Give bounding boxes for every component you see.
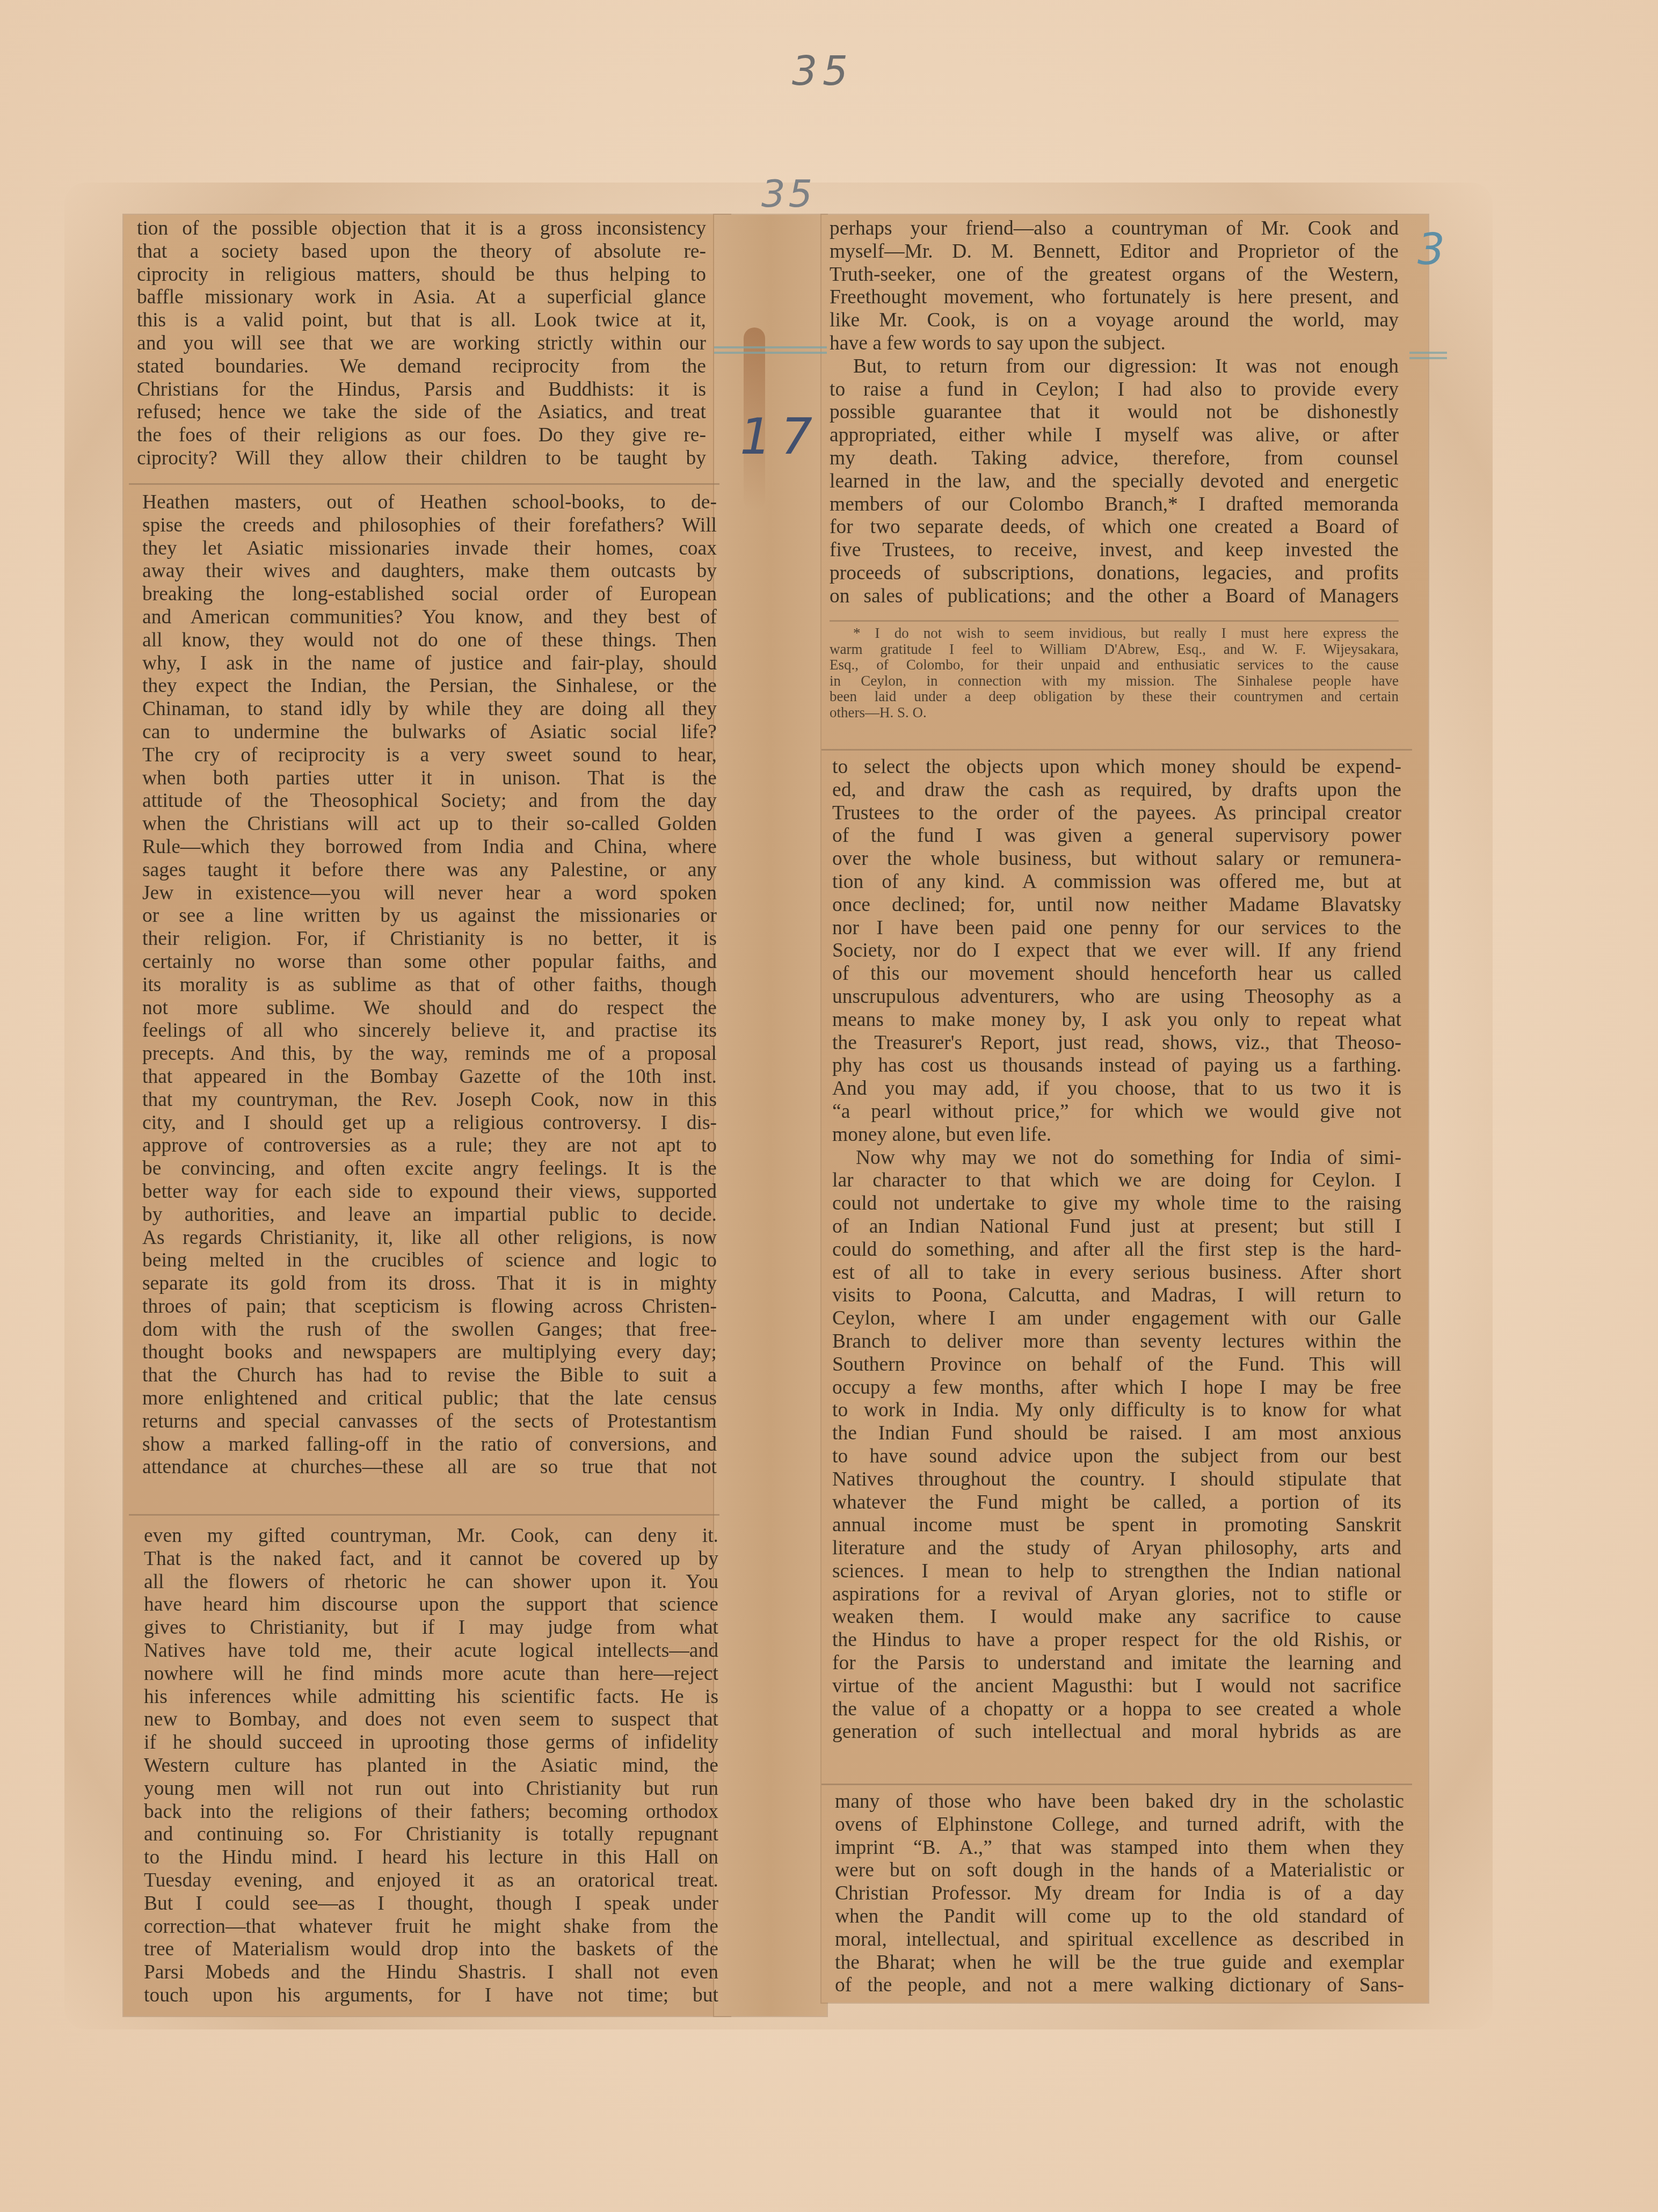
- text-line: * I do not wish to seem invidious, but r…: [830, 625, 1399, 642]
- text-line: unscrupulous adventurers, who are using …: [832, 986, 1401, 1009]
- text-line: of this our movement should henceforth h…: [832, 963, 1401, 986]
- text-line: weaken them. I would make any sacrifice …: [832, 1606, 1401, 1629]
- text-line: all the flowers of rhetoric he can showe…: [144, 1571, 718, 1594]
- clipping-gutter: [714, 215, 827, 2016]
- text-line: young men will not run out into Christia…: [144, 1778, 718, 1801]
- text-line: its morality is as sublime as that of ot…: [142, 974, 717, 997]
- text-line: “a pearl without price,” for which we wo…: [832, 1101, 1401, 1124]
- text-line: attitude of the Theosophical Society; an…: [142, 790, 717, 813]
- text-line: Tuesday evening, and enjoyed it as an or…: [144, 1869, 718, 1893]
- text-line: But, to return from our digression: It w…: [830, 355, 1399, 379]
- text-line: have a few words to say upon the subject…: [830, 332, 1399, 355]
- text-line: of the fund I was given a general superv…: [832, 825, 1401, 848]
- handwritten-gutter-number: 17: [740, 408, 822, 465]
- text-line: all know, they would not do one of these…: [142, 629, 717, 652]
- text-line: when the Christians will act up to their…: [142, 813, 717, 836]
- text-line: this is a valid point, but that is all. …: [137, 309, 706, 332]
- text-line: the Treasurer's Report, just read, shows…: [832, 1032, 1401, 1055]
- text-line: Parsi Mobeds and the Hindu Shastris. I s…: [144, 1961, 718, 1984]
- text-line: warm gratitude I feel to William D'Abrew…: [830, 642, 1399, 658]
- text-line: phy has cost us thousands instead of pay…: [832, 1054, 1401, 1078]
- text-line: Esq., of Colombo, for their unpaid and e…: [830, 657, 1399, 673]
- text-line: his inferences while admitting his scien…: [144, 1686, 718, 1709]
- text-line: on sales of publications; and the other …: [830, 585, 1399, 608]
- text-line: money alone, but even life.: [832, 1124, 1401, 1147]
- text-line: That is the naked fact, and it cannot be…: [144, 1548, 718, 1571]
- text-line: Chinaman, to stand idly by while they ar…: [142, 698, 717, 721]
- text-line: spise the creeds and philosophies of the…: [142, 514, 717, 537]
- handwritten-margin-mark: 3: [1417, 224, 1445, 274]
- text-line: Christians for the Hindus, Parsis and Bu…: [137, 379, 706, 402]
- text-line: Truth-seeker, one of the greatest organs…: [830, 264, 1399, 287]
- text-line: appropriated, either while I myself was …: [830, 424, 1399, 447]
- text-line: refused; hence we take the side of the A…: [137, 401, 706, 424]
- text-line: the Hindus to have a proper respect for …: [832, 1629, 1401, 1652]
- text-line: separate its gold from its dross. That i…: [142, 1272, 717, 1296]
- text-line: Society, nor do I expect that we ever wi…: [832, 940, 1401, 963]
- text-line: could do something, and after all the fi…: [832, 1239, 1401, 1262]
- footnote-rule: [830, 620, 1399, 622]
- blue-ruled-line: [1409, 357, 1447, 359]
- text-line: correction—that whatever fruit he might …: [144, 1916, 718, 1939]
- text-line: means to make money by, I ask you only t…: [832, 1009, 1401, 1032]
- text-line: gives to Christianity, but if I may judg…: [144, 1617, 718, 1640]
- text-line: Now why may we not do something for Indi…: [832, 1147, 1401, 1170]
- text-line: they expect the Indian, the Persian, the…: [142, 675, 717, 698]
- text-line: by authorities, and leave an impartial p…: [142, 1204, 717, 1227]
- text-line: ed, and draw the cash as required, by dr…: [832, 779, 1401, 802]
- text-line: can to undermine the bulwarks of Asiatic…: [142, 721, 717, 744]
- text-line: baffle missionary work in Asia. At a sup…: [137, 286, 706, 309]
- left-column-segment-3: even my gifted countryman, Mr. Cook, can…: [144, 1525, 718, 2007]
- text-line: of the people, and not a mere walking di…: [835, 1974, 1404, 1997]
- text-line: they let Asiatic missionaries invade the…: [142, 537, 717, 561]
- text-line: annual income must be spent in promoting…: [832, 1514, 1401, 1537]
- text-line: Trustees to the order of the payees. As …: [832, 802, 1401, 825]
- text-line: have heard him discourse upon the suppor…: [144, 1593, 718, 1617]
- text-line: better way for each side to expound thei…: [142, 1181, 717, 1204]
- text-line: city, and I should get up a religious co…: [142, 1112, 717, 1135]
- text-line: Natives throughout the country. I should…: [832, 1468, 1401, 1491]
- left-column-segment-1: tion of the possible objection that it i…: [137, 217, 706, 470]
- text-line: certainly no worse than some other popul…: [142, 951, 717, 974]
- right-column-segment-1: perhaps your friend—also a countryman of…: [830, 217, 1399, 608]
- text-line: myself—Mr. D. M. Bennett, Editor and Pro…: [830, 241, 1399, 264]
- text-line: learned in the law, and the specially de…: [830, 470, 1399, 493]
- text-line: if he should succeed in uprooting those …: [144, 1731, 718, 1755]
- text-line: dom with the rush of the swollen Ganges;…: [142, 1319, 717, 1342]
- text-line: five Trustees, to receive, invest, and k…: [830, 539, 1399, 562]
- text-line: many of those who have been baked dry in…: [835, 1791, 1404, 1814]
- text-line: when the Pandit will come up to the old …: [835, 1905, 1404, 1929]
- text-line: that appeared in the Bombay Gazette of t…: [142, 1066, 717, 1089]
- text-line: aspirations for a revival of Aryan glori…: [832, 1583, 1401, 1606]
- text-line: more enlightened and critical public; th…: [142, 1387, 717, 1410]
- text-line: returns and special canvasses of the sec…: [142, 1410, 717, 1434]
- text-line: that the Church has had to revise the Bi…: [142, 1364, 717, 1387]
- text-line: feelings of all who sincerely believe it…: [142, 1020, 717, 1043]
- text-line: Ceylon, where I am under engagement with…: [832, 1307, 1401, 1330]
- text-line: lar character to that which we are doing…: [832, 1169, 1401, 1192]
- text-line: to have sound advice upon the subject fr…: [832, 1445, 1401, 1468]
- text-line: throes of pain; that scepticism is flowi…: [142, 1296, 717, 1319]
- text-line: sages taught it before there was any Pal…: [142, 859, 717, 882]
- text-line: the Bharat; when he will be the true gui…: [835, 1952, 1404, 1975]
- segment-divider: [821, 1784, 1412, 1785]
- text-line: Natives have told me, their acute logica…: [144, 1640, 718, 1663]
- text-line: perhaps your friend—also a countryman of…: [830, 217, 1399, 241]
- text-line: show a marked falling-off in the ratio o…: [142, 1434, 717, 1457]
- text-line: Heathen masters, out of Heathen school-b…: [142, 491, 717, 514]
- text-line: Christian Professor. My dream for India …: [835, 1882, 1404, 1905]
- handwritten-page-number-secondary: 35: [761, 172, 816, 216]
- text-line: thought books and newspapers are multipl…: [142, 1341, 717, 1364]
- text-line: be convincing, and often excite angry fe…: [142, 1158, 717, 1181]
- text-line: been laid under a deep obligation by the…: [830, 689, 1399, 705]
- text-line: stated boundaries. We demand reciprocity…: [137, 355, 706, 379]
- text-line: breaking the long-established social ord…: [142, 583, 717, 606]
- text-line: ciprocity? Will they allow their childre…: [137, 447, 706, 470]
- text-line: could not undertake to give my whole tim…: [832, 1192, 1401, 1216]
- text-line: like Mr. Cook, is on a voyage around the…: [830, 309, 1399, 332]
- text-line: As regards Christianity, it, like all ot…: [142, 1227, 717, 1250]
- text-line: tion of any kind. A commission was offer…: [832, 871, 1401, 894]
- text-line: Branch to deliver more than seventy lect…: [832, 1330, 1401, 1354]
- text-line: to raise a fund in Ceylon; I had also to…: [830, 379, 1399, 402]
- text-line: ovens of Elphinstone College, and turned…: [835, 1814, 1404, 1837]
- right-column-segment-3: many of those who have been baked dry in…: [835, 1791, 1404, 1997]
- text-line: when both parties utter it in unison. Th…: [142, 767, 717, 790]
- text-line: away their wives and daughters, make the…: [142, 560, 717, 583]
- text-line: touch upon his arguments, for I have not…: [144, 1984, 718, 2007]
- text-line: that my countryman, the Rev. Joseph Cook…: [142, 1089, 717, 1112]
- text-line: new to Bombay, and does not even seem to…: [144, 1708, 718, 1731]
- text-line: being melted in the crucibles of science…: [142, 1249, 717, 1272]
- text-line: members of our Colombo Branch,* I drafte…: [830, 493, 1399, 516]
- text-line: Western culture has planted in the Asiat…: [144, 1755, 718, 1778]
- text-line: whatever the Fund might be called, a por…: [832, 1491, 1401, 1515]
- text-line: But I could see—as I thought, though I s…: [144, 1893, 718, 1916]
- text-line: once declined; for, until now neither Ma…: [832, 894, 1401, 917]
- handwritten-page-number: 35: [792, 48, 853, 94]
- text-line: for the Parsis to understand and imitate…: [832, 1652, 1401, 1675]
- text-line: Southern Province on behalf of the Fund.…: [832, 1354, 1401, 1377]
- text-line: Rule—which they borrowed from India and …: [142, 836, 717, 859]
- text-line: sciences. I mean to help to strengthen t…: [832, 1560, 1401, 1583]
- text-line: the value of a chopatty or a hoppa to se…: [832, 1698, 1401, 1721]
- text-line: Freethought movement, who fortunately is…: [830, 286, 1399, 309]
- text-line: and continuing so. For Christianity is t…: [144, 1823, 718, 1846]
- text-line: back into the religions of their fathers…: [144, 1801, 718, 1824]
- text-line: to the Hindu mind. I heard his lecture i…: [144, 1846, 718, 1869]
- text-line: and you will see that we are working str…: [137, 332, 706, 355]
- text-line: over the whole business, but without sal…: [832, 848, 1401, 871]
- text-line: the foes of their religions as our foes.…: [137, 424, 706, 447]
- text-line: to work in India. My only difficulty is …: [832, 1399, 1401, 1422]
- text-line: visits to Poona, Calcutta, and Madras, I…: [832, 1284, 1401, 1307]
- text-line: est of all to take in every serious busi…: [832, 1262, 1401, 1285]
- blue-ruled-line: [1409, 352, 1447, 354]
- text-line: proceeds of subscriptions, donations, le…: [830, 562, 1399, 585]
- text-line: And you may add, if you choose, that to …: [832, 1078, 1401, 1101]
- text-line: imprint “B. A.,” that was stamped into t…: [835, 1837, 1404, 1860]
- text-line: were but on soft dough in the hands of a…: [835, 1859, 1404, 1882]
- right-column-segment-2: to select the objects upon which money s…: [832, 756, 1401, 1744]
- text-line: tion of the possible objection that it i…: [137, 217, 706, 241]
- text-line: others—H. S. O.: [830, 705, 1399, 721]
- blue-ruled-line: [714, 346, 827, 348]
- text-line: nowhere will he find minds more acute th…: [144, 1663, 718, 1686]
- text-line: and American communities? You know, and …: [142, 606, 717, 629]
- text-line: ciprocity in religious matters, should b…: [137, 264, 706, 287]
- text-line: not more sublime. We should and do respe…: [142, 997, 717, 1020]
- segment-divider: [129, 483, 719, 485]
- text-line: that a society based upon the theory of …: [137, 241, 706, 264]
- text-line: tree of Materialism would drop into the …: [144, 1938, 718, 1961]
- text-line: generation of such intellectual and mora…: [832, 1721, 1401, 1744]
- text-line: possible guarantee that it would not be …: [830, 401, 1399, 424]
- text-line: in Ceylon, in connection with my mission…: [830, 673, 1399, 689]
- text-line: of an Indian National Fund just at prese…: [832, 1216, 1401, 1239]
- text-line: or see a line written by us against the …: [142, 905, 717, 928]
- left-column-segment-2: Heathen masters, out of Heathen school-b…: [142, 491, 717, 1479]
- text-line: their religion. For, if Christianity is …: [142, 928, 717, 951]
- text-line: attendance at churches—these all are so …: [142, 1456, 717, 1479]
- text-line: occupy a few months, after which I hope …: [832, 1377, 1401, 1400]
- text-line: precepts. And this, by the way, reminds …: [142, 1043, 717, 1066]
- text-line: my death. Taking advice, therefore, from…: [830, 447, 1399, 470]
- text-line: why, I ask in the name of justice and fa…: [142, 652, 717, 675]
- blue-ruled-line: [714, 352, 827, 354]
- segment-divider: [821, 749, 1412, 751]
- text-line: virtue of the ancient Magusthi: but I wo…: [832, 1675, 1401, 1698]
- text-line: literature and the study of Aryan philos…: [832, 1537, 1401, 1560]
- text-line: Jew in existence—you will never hear a w…: [142, 882, 717, 905]
- text-line: moral, intellectual, and spiritual excel…: [835, 1929, 1404, 1952]
- text-line: to select the objects upon which money s…: [832, 756, 1401, 779]
- segment-divider: [129, 1514, 719, 1516]
- text-line: even my gifted countryman, Mr. Cook, can…: [144, 1525, 718, 1548]
- text-line: nor I have been paid one penny for our s…: [832, 917, 1401, 940]
- text-line: approve of controversies as a rule; they…: [142, 1134, 717, 1158]
- text-line: for two separate deeds, of which one cre…: [830, 516, 1399, 539]
- footnote: * I do not wish to seem invidious, but r…: [830, 625, 1399, 721]
- text-line: the Indian Fund should be raised. I am m…: [832, 1422, 1401, 1445]
- text-line: The cry of reciprocity is a very sweet s…: [142, 744, 717, 767]
